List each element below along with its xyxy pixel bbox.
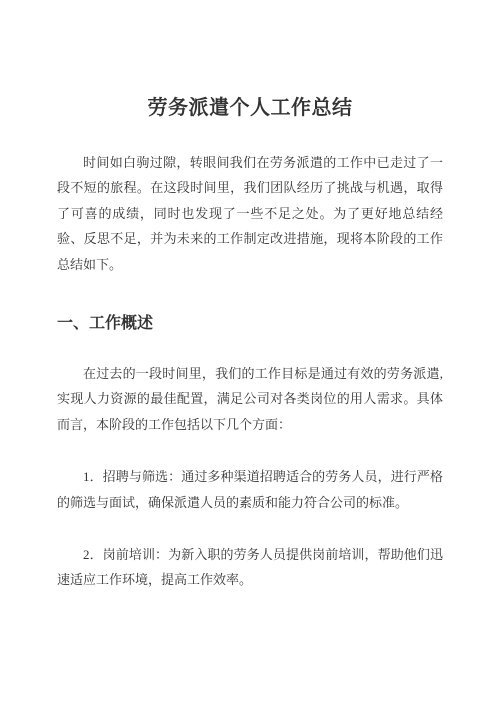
list-item-recruitment: 1．招聘与筛选：通过多种渠道招聘适合的劳务人员，进行严格的筛选与面试，确保派遣人…	[57, 464, 443, 515]
intro-paragraph: 时间如白驹过隙，转眼间我们在劳务派遣的工作中已走过了一段不短的旅程。在这段时间里…	[57, 150, 443, 277]
document-title: 劳务派遣个人工作总结	[57, 95, 443, 121]
section-heading: 一、工作概述	[57, 314, 443, 333]
document-page: 劳务派遣个人工作总结 时间如白驹过隙，转眼间我们在劳务派遣的工作中已走过了一段不…	[0, 0, 500, 707]
overview-paragraph: 在过去的一段时间里，我们的工作目标是通过有效的劳务派遣,实现人力资源的最佳配置，…	[57, 361, 443, 437]
list-item-training: 2．岗前培训：为新入职的劳务人员提供岗前培训，帮助他们迅速适应工作环境，提高工作…	[57, 542, 443, 593]
